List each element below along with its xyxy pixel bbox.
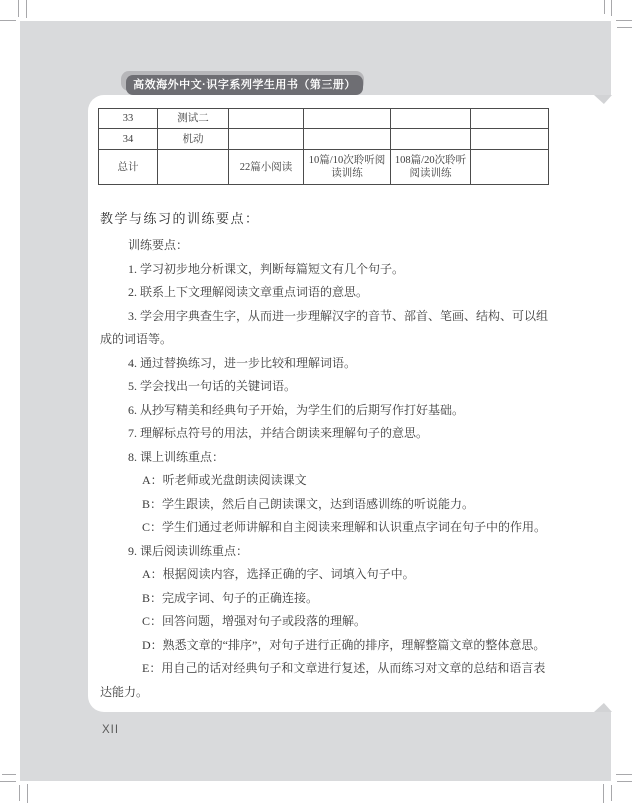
training-subpoint: E：用自己的话对经典句子和文章进行复述，从而练习对文章的总结和语言表达能力。: [100, 657, 548, 704]
table-cell: [304, 109, 391, 129]
table-cell: [304, 129, 391, 150]
training-subpoint: A：根据阅读内容，选择正确的字、词填入句子中。: [100, 563, 548, 587]
crop-mark: [617, 27, 632, 28]
training-point: 2. 联系上下文理解阅读文章重点词语的意思。: [100, 281, 548, 305]
crop-mark: [19, 785, 20, 801]
crop-mark: [27, 784, 28, 803]
table-cell: [471, 129, 549, 150]
crop-mark: [2, 774, 16, 775]
training-subpoint: A：听老师或光盘朗读阅读课文: [100, 469, 548, 493]
training-point: 3. 学会用字典查生字，从而进一步理解汉字的音节、部首、笔画、结构、可以组成的词…: [100, 305, 548, 352]
crop-mark: [26, 0, 27, 18]
book-page-scan: 高效海外中文·识字系列学生用书（第三册） 33 测试二 34 机动: [0, 0, 632, 803]
training-point: 9. 课后阅读训练重点：: [100, 540, 548, 564]
table-cell: [229, 109, 304, 129]
crop-mark: [18, 0, 19, 17]
header-badge: 高效海外中文·识字系列学生用书（第三册）: [126, 75, 363, 95]
training-point: 8. 课上训练重点：: [100, 446, 548, 470]
section-heading: 教学与练习的训练要点：: [100, 208, 260, 227]
training-point: 7. 理解标点符号的用法，并结合朗读来理解句子的意思。: [100, 422, 548, 446]
training-points: 训练要点： 1. 学习初步地分析课文，判断每篇短文有几个句子。 2. 联系上下文…: [100, 234, 548, 704]
table-cell: 机动: [158, 129, 229, 150]
table-cell: 总计: [99, 150, 158, 185]
crop-mark: [616, 20, 632, 21]
page-number: XII: [102, 724, 119, 736]
table-cell: [471, 150, 549, 185]
crop-mark: [617, 781, 632, 782]
crop-mark: [611, 785, 612, 801]
training-point: 1. 学习初步地分析课文，判断每篇短文有几个句子。: [100, 258, 548, 282]
training-point: 4. 通过替换练习，进一步比较和理解词语。: [100, 352, 548, 376]
table-row: 34 机动: [99, 129, 549, 150]
table-cell: 22篇小阅读: [229, 150, 304, 185]
table-cell: [229, 129, 304, 150]
table-cell: [391, 129, 471, 150]
crop-mark: [603, 784, 604, 803]
training-subpoint: C：回答问题，增强对句子或段落的理解。: [100, 610, 548, 634]
training-subpoint: D：熟悉文章的“排序”，对句子进行正确的排序，理解整篇文章的整体意思。: [100, 634, 548, 658]
table-cell: 34: [99, 129, 158, 150]
training-point: 5. 学会找出一句话的关键词语。: [100, 375, 548, 399]
crop-mark: [616, 774, 632, 775]
table-cell: 108篇/20次聆听阅读训练: [391, 150, 471, 185]
table-cell: [391, 109, 471, 129]
table-cell: 10篇/10次聆听阅读训练: [304, 150, 391, 185]
table-cell: [471, 109, 549, 129]
table-row: 总计 22篇小阅读 10篇/10次聆听阅读训练 108篇/20次聆听阅读训练: [99, 150, 549, 185]
schedule-table: 33 测试二 34 机动 总计 22篇小阅读 10篇/10次聆听阅读训练: [98, 108, 549, 185]
crop-mark: [0, 781, 16, 782]
crop-mark: [0, 20, 16, 21]
training-point: 6. 从抄写精美和经典句子开始，为学生们的后期写作打好基础。: [100, 399, 548, 423]
training-subpoint: C：学生们通过老师讲解和自主阅读来理解和认识重点字词在句子中的作用。: [100, 516, 548, 540]
table-cell: 测试二: [158, 109, 229, 129]
table-row: 33 测试二: [99, 109, 549, 129]
crop-mark: [611, 0, 612, 16]
table-cell: 33: [99, 109, 158, 129]
training-subheading: 训练要点：: [100, 234, 548, 258]
training-subpoint: B：完成字词、句子的正确连接。: [100, 587, 548, 611]
crop-mark: [604, 0, 605, 14]
training-subpoint: B：学生跟读，然后自己朗读课文，达到语感训练的听说能力。: [100, 493, 548, 517]
table-cell: [158, 150, 229, 185]
